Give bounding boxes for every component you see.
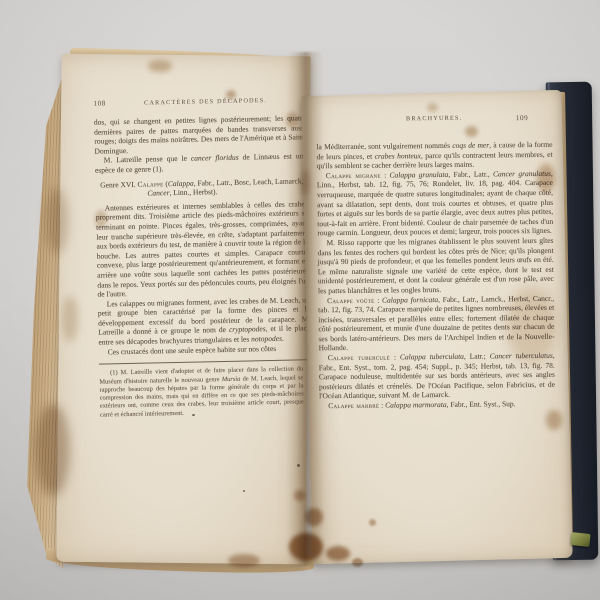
- page-number-left: 108: [93, 99, 105, 107]
- paragraph: M. Risso rapporte que les migranes établ…: [317, 236, 554, 296]
- species-entry: Calappe tuberculé : Calappa tuberculata,…: [319, 351, 555, 401]
- paragraph: M. Latreille pense que le cancer floridu…: [95, 152, 307, 176]
- text-run: Calappe marbré: [328, 401, 379, 411]
- text-run: Cancer tuberculatus: [490, 351, 553, 361]
- text-run: , Fabr., Ent. Syst., Sup.: [447, 399, 516, 409]
- text-run: :: [374, 295, 382, 304]
- text-run: M. Risso rapporte que les migranes établ…: [318, 236, 554, 295]
- text-run: notopodes: [251, 334, 282, 344]
- paragraph: Antennes extérieures et internes semblab…: [96, 199, 310, 299]
- text-run: :: [381, 170, 390, 179]
- text-run: Cancer: [147, 188, 169, 197]
- text-run: , Fabr., Latr.,: [448, 169, 493, 178]
- paragraph: Les calappes ou migranes forment, avec l…: [98, 295, 311, 347]
- text-run: Calappe migrane: [326, 170, 381, 180]
- text-run: cryptopodes: [229, 325, 266, 335]
- text-run: coqs de mer: [452, 140, 489, 149]
- footnote: (1) M. Latreille vient d'adopter et de f…: [99, 366, 304, 420]
- text-run: M. Latreille pense que le: [104, 154, 191, 165]
- text-run: Calappa fornicata: [382, 294, 438, 304]
- footnote-rule: [99, 360, 307, 365]
- page-right: BRACHYURES. 109 la Méditerranée, sont vu…: [301, 90, 572, 564]
- page-right-content: BRACHYURES. 109 la Méditerranée, sont vu…: [304, 92, 569, 563]
- page-right-header: BRACHYURES. 109: [316, 114, 552, 123]
- running-title-left: CARACTÈRES DES DÉCAPODES.: [106, 96, 306, 107]
- species-entry: Calappe voûté : Calappa fornicata, Fabr.…: [318, 293, 555, 353]
- text-run: crabes honteux: [375, 151, 421, 160]
- genus-heading: Genre XVI. Calappe (Calappa, Fabr., Latr…: [95, 176, 307, 200]
- photo-of-open-book: 108 CARACTÈRES DES DÉCAPODES. dos, qui s…: [0, 0, 600, 600]
- page-left: 108 CARACTÈRES DES DÉCAPODES. dos, qui s…: [56, 54, 310, 565]
- text-run: Calappe: [137, 179, 163, 189]
- text-run: Genre XVI.: [100, 179, 137, 189]
- text-run: :: [390, 352, 400, 361]
- text-run: dos, qui se changent en petites lignes p…: [94, 113, 307, 155]
- text-run: cancer floridus: [191, 153, 239, 163]
- text-run: Calappe voûté: [327, 295, 375, 304]
- text-run: , Linn., Herbst).: [169, 187, 217, 197]
- page-number-right: 109: [516, 114, 528, 122]
- text-run: Mursia: [222, 375, 241, 382]
- text-run: Calappa tuberculata: [400, 352, 464, 362]
- text-run: Cancer granulatus: [493, 169, 551, 179]
- text-run: Calappe tuberculé: [328, 353, 390, 363]
- paragraph: la Méditerranée, sont vulgairement nommé…: [316, 140, 552, 171]
- bookmark-clasp: [570, 532, 590, 547]
- text-run: Calappa marmorata: [385, 400, 447, 410]
- text-run: , Fabr., Latr., Bosc, Leach, Lamarck,: [194, 176, 304, 187]
- text-run: Calappa granulata: [389, 170, 448, 180]
- text-run: .: [282, 334, 284, 343]
- species-entry: Calappe marbré : Calappa marmorata, Fabr…: [319, 399, 555, 411]
- text-run: Antennes extérieures et internes semblab…: [96, 199, 310, 299]
- text-run: Calappa: [168, 178, 194, 188]
- paragraph: dos, qui se changent en petites lignes p…: [94, 113, 307, 156]
- page-right-body: la Méditerranée, sont vulgairement nommé…: [316, 140, 555, 411]
- species-entry: Calappe migrane : Calappa granulata, Fab…: [317, 169, 554, 239]
- page-left-header: 108 CARACTÈRES DES DÉCAPODES.: [93, 95, 305, 107]
- text-run: , Latr.;: [464, 352, 490, 361]
- page-left-content: 108 CARACTÈRES DES DÉCAPODES. dos, qui s…: [54, 51, 314, 564]
- page-left-body: dos, qui se changent en petites lignes p…: [94, 113, 312, 419]
